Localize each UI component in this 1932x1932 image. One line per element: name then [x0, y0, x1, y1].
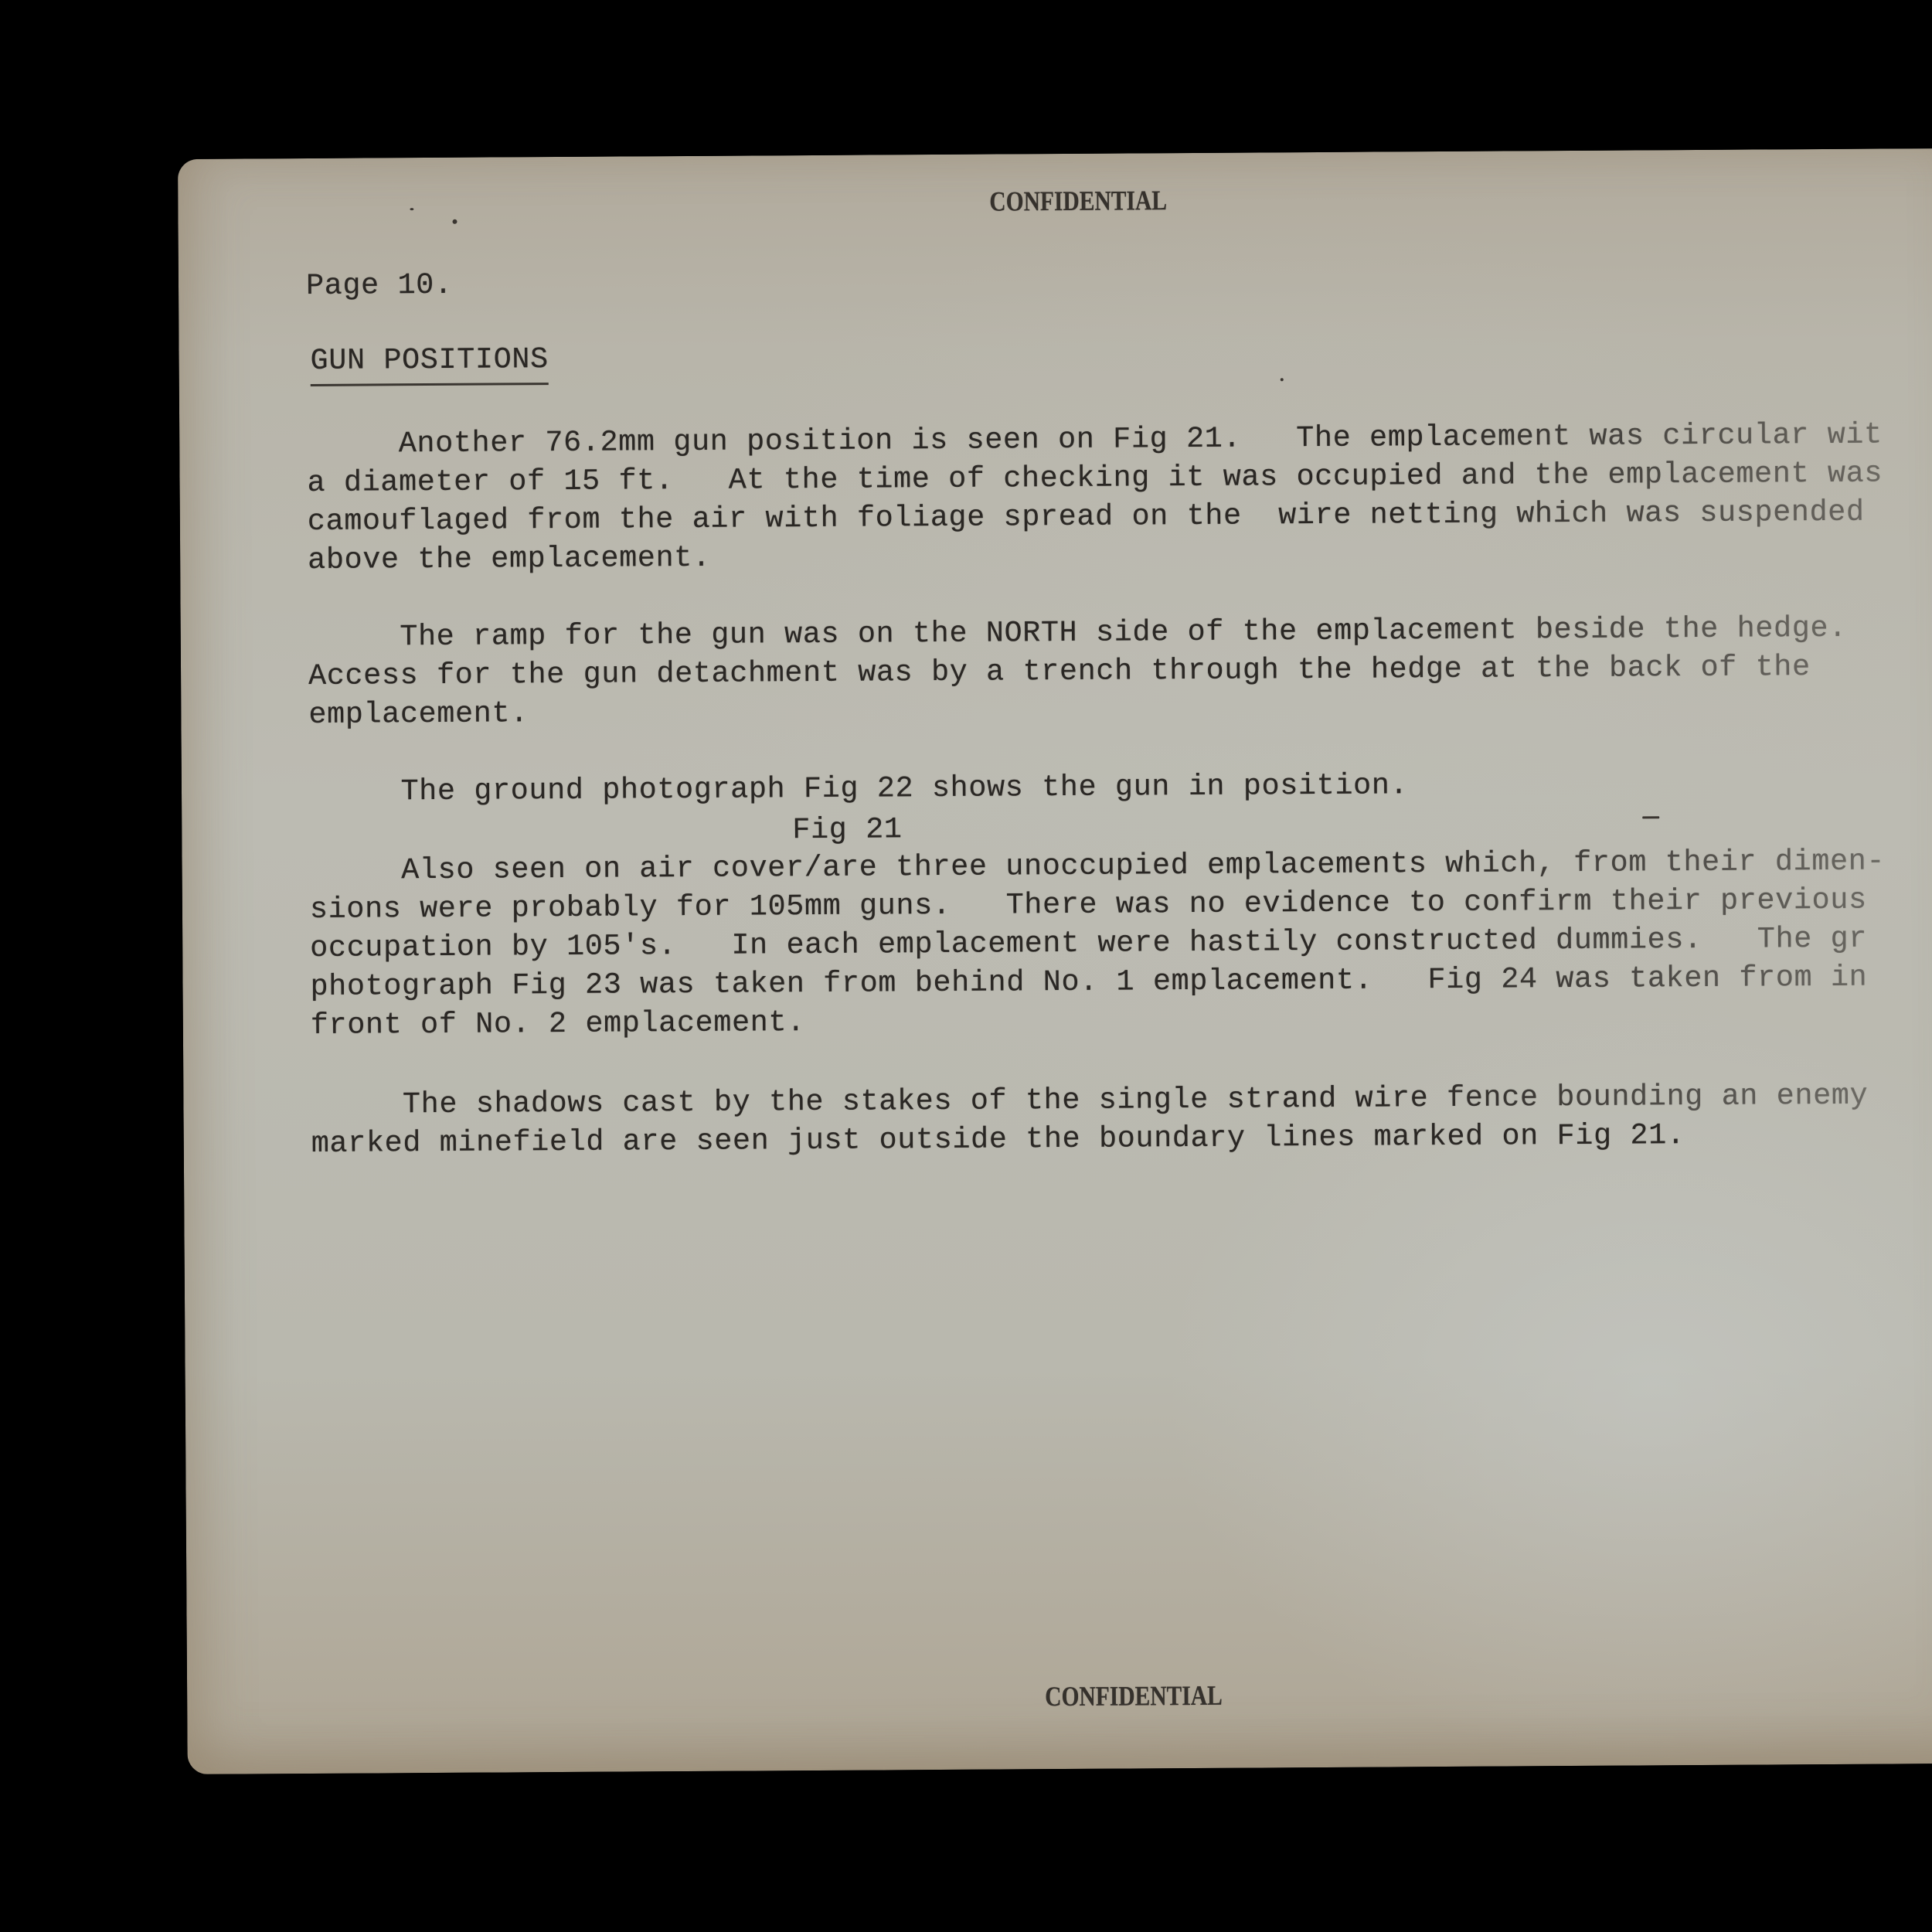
paper-speck	[452, 219, 457, 224]
typed-document-page: CONFIDENTIAL Page 10. GUN POSITIONS Anot…	[178, 148, 1932, 1774]
paragraph-2: The ramp for the gun was on the NORTH si…	[308, 609, 1848, 734]
paragraph-1: Another 76.2mm gun position is seen on F…	[307, 416, 1883, 580]
header-confidential-stamp: CONFIDENTIAL	[989, 184, 1167, 217]
paragraph-3: The ground photograph Fig 22 shows the g…	[309, 766, 1409, 811]
paper-speck	[410, 208, 413, 210]
photo-stage: CONFIDENTIAL Page 10. GUN POSITIONS Anot…	[0, 0, 1932, 1932]
paper-speck	[1642, 816, 1659, 818]
page-number-label: Page 10.	[306, 266, 453, 305]
paragraph-4: Also seen on air cover/are three unoccup…	[309, 842, 1886, 1045]
section-heading: GUN POSITIONS	[310, 342, 548, 386]
paper-speck	[1281, 378, 1284, 381]
footer-confidential-stamp: CONFIDENTIAL	[1045, 1679, 1223, 1713]
paragraph-5: The shadows cast by the stakes of the si…	[311, 1077, 1868, 1163]
insertion-note-fig-21: Fig 21	[792, 810, 903, 849]
paragraph-line: The ground photograph Fig 22 shows the g…	[309, 766, 1409, 811]
